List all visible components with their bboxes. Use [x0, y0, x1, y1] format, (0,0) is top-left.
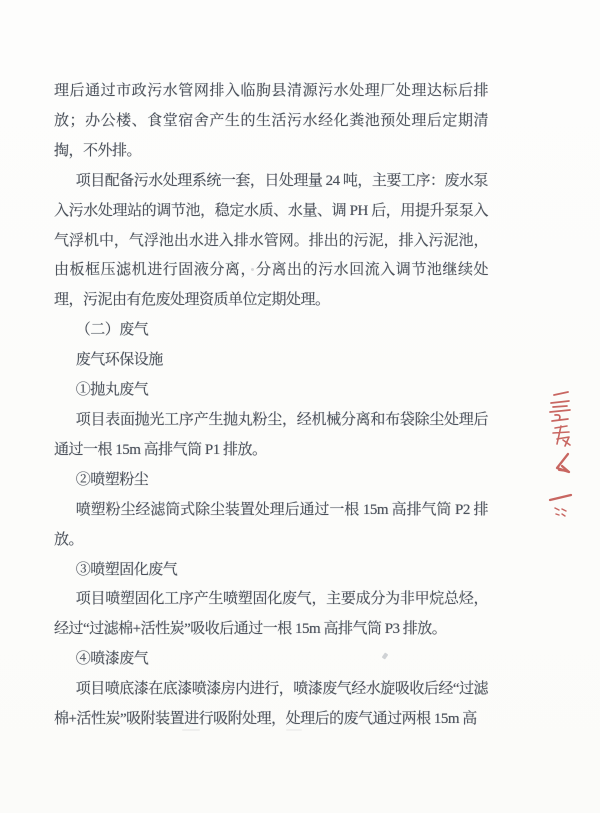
- heading-section-two-exhaust-gas: （二）废气: [54, 316, 488, 346]
- handwritten-red-ink-marks: [543, 388, 579, 528]
- heading-3-coating-curing-exhaust: ③喷塑固化废气: [54, 556, 488, 586]
- document-text-block: 理后通过市政污水管网排入临朐县清源污水处理厂处理达标后排放；办公楼、食堂宿舍产生…: [54, 77, 488, 735]
- scan-artifact-smudge: [182, 729, 200, 731]
- heading-2-powder-coating-dust: ②喷塑粉尘: [54, 466, 488, 496]
- paragraph-sewage-treatment-system: 项目配备污水处理系统一套，日处理量 24 吨，主要工序：废水泵入污水处理站的调节…: [54, 167, 488, 317]
- paragraph-shot-blasting-dust-treatment: 项目表面抛光工序产生抛丸粉尘，经机械分离和布袋除尘处理后通过一根 15m 高排气…: [54, 406, 488, 466]
- paragraph-wastewater-discharge-continuation: 理后通过市政污水管网排入临朐县清源污水处理厂处理达标后排放；办公楼、食堂宿舍产生…: [54, 77, 488, 167]
- scan-artifact-smudge: [286, 729, 302, 731]
- paragraph-powder-coating-dust-treatment: 喷塑粉尘经滤筒式除尘装置处理后通过一根 15m 高排气筒 P2 排放。: [54, 496, 488, 556]
- heading-1-shot-blasting-exhaust: ①抛丸废气: [54, 376, 488, 406]
- paragraph-paint-spraying-exhaust-treatment: 项目喷底漆在底漆喷漆房内进行，喷漆废气经水旋吸收后经“过滤棉+活性炭”吸附装置进…: [54, 675, 488, 735]
- scanned-document-page: 理后通过市政污水管网排入临朐县清源污水处理厂处理达标后排放；办公楼、食堂宿舍产生…: [0, 0, 600, 813]
- heading-exhaust-gas-environmental-facilities: 废气环保设施: [54, 346, 488, 376]
- scan-artifact-speck: [251, 268, 254, 271]
- heading-4-paint-spraying-exhaust: ④喷漆废气: [54, 645, 488, 675]
- paragraph-coating-curing-exhaust-treatment: 项目喷塑固化工序产生喷塑固化废气，主要成分为非甲烷总烃，经过“过滤棉+活性炭”吸…: [54, 585, 488, 645]
